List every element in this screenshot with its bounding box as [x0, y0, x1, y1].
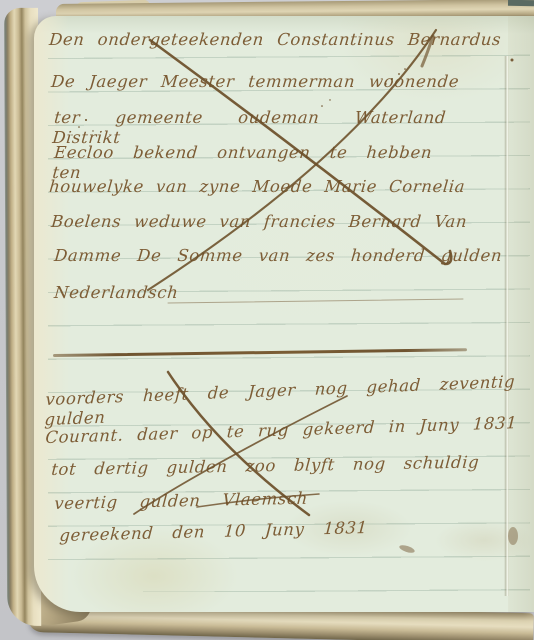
scanned-notebook: Den ondergeteekenden Constantinus Bernar… — [0, 0, 534, 640]
handwritten-line-3: ter gemeente oudeman Waterland Distrikt — [52, 108, 447, 148]
handwritten-line-6: Boelens weduwe van francies Bernard Van — [50, 212, 468, 232]
gutter-shading — [508, 16, 534, 612]
handwritten-line-5: houwelyke van zyne Moede Marie Cornelia — [48, 177, 466, 197]
page-crease — [504, 56, 509, 596]
handwritten-line-7: Damme De Somme van zes honderd gulden — [53, 246, 503, 266]
handwritten-line-8: Nederlandsch — [53, 283, 179, 303]
book-cover-sliver — [508, 0, 534, 6]
handwritten-line-1: Den ondergeteekenden Constantinus Bernar… — [48, 30, 502, 50]
handwritten-line-2: De Jaeger Meester temmerman woonende — [50, 72, 460, 92]
